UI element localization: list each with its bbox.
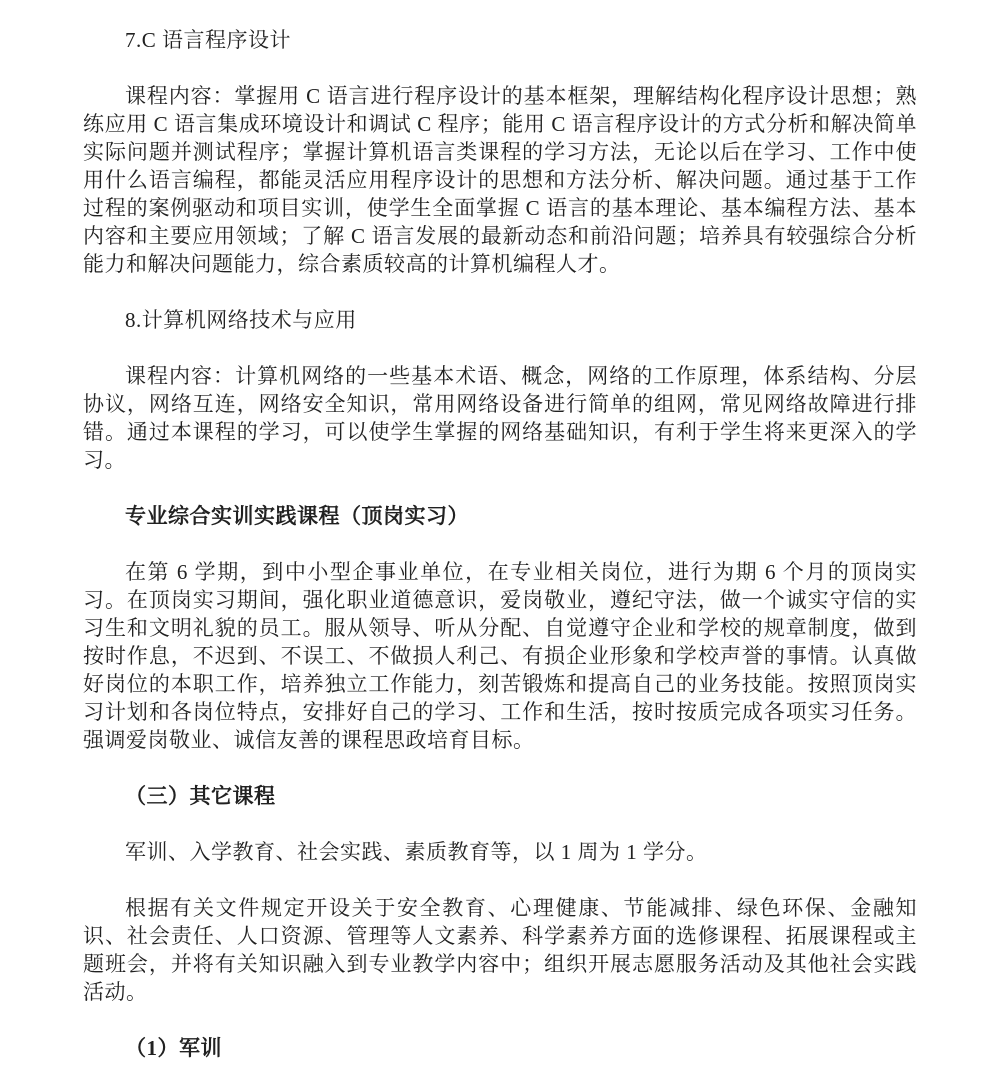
practical-training-section-heading: 专业综合实训实践课程（顶岗实习） <box>83 502 917 530</box>
elective-courses-paragraph: 根据有关文件规定开设关于安全教育、心理健康、节能减排、绿色环保、金融知识、社会责… <box>83 894 917 1000</box>
course-8-heading: 8.计算机网络技术与应用 <box>83 306 917 334</box>
course-7-heading: 7.C 语言程序设计 <box>83 26 917 54</box>
other-courses-section-heading: （三）其它课程 <box>83 782 917 810</box>
document-page: 7.C 语言程序设计 课程内容：掌握用 C 语言进行程序设计的基本框架，理解结构… <box>83 26 917 1000</box>
other-courses-credit-summary: 军训、入学教育、社会实践、素质教育等，以 1 周为 1 学分。 <box>83 838 917 866</box>
course-7-description: 课程内容：掌握用 C 语言进行程序设计的基本框架，理解结构化程序设计思想；熟练应… <box>83 82 917 278</box>
course-8-description: 课程内容：计算机网络的一些基本术语、概念，网络的工作原理，体系结构、分层协议，网… <box>83 362 917 474</box>
practical-training-description: 在第 6 学期，到中小型企事业单位，在专业相关岗位，进行为期 6 个月的顶岗实习… <box>83 558 917 754</box>
